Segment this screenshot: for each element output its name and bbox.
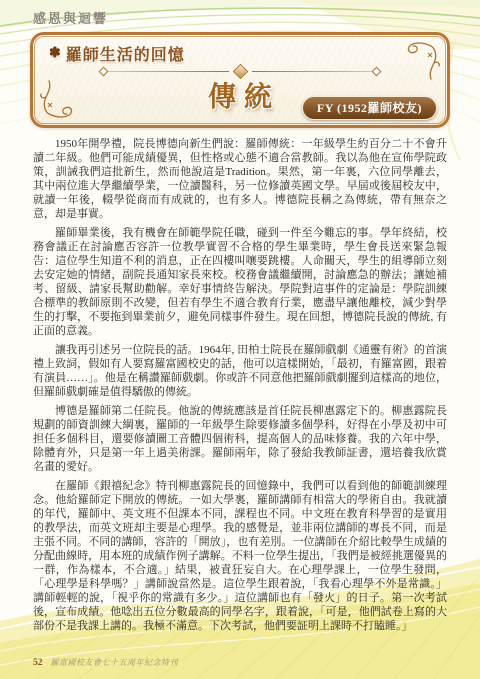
article-paragraph: 羅師畢業後，我有機會在師範學院任職，碰到一件至今難忘的事。學年終結，校務會議正在…: [33, 226, 447, 338]
article-paragraph: 1950年開學禮，院長博德向新生們說：羅師傳統：一年級學生約百分二十不會升讀二年…: [33, 137, 447, 221]
author-badge: FY (1952羅師校友): [302, 96, 437, 120]
publication-title: 羅富國校友會七十五周年紀念特刊: [51, 657, 179, 668]
page-number: 52: [33, 658, 43, 668]
page-header-label: 感恩與迴響: [33, 8, 108, 27]
asterisk-icon: ✽: [49, 45, 62, 62]
article-paragraph: 在羅師《銀禧紀念》特刊柳惠露院長的回憶錄中，我們可以看到他的師範訓練理念。他給羅…: [33, 479, 447, 633]
article-header-box: ✽ 羅師生活的回憶 傳統 FY (1952羅師校友): [30, 32, 450, 128]
series-title-label: 羅師生活的回憶: [66, 42, 185, 65]
divider-line: [107, 71, 229, 73]
series-title: ✽ 羅師生活的回憶: [49, 42, 185, 65]
article-body: 1950年開學禮，院長博德向新生們說：羅師傳統：一年級學生約百分二十不會升讀二年…: [33, 137, 447, 638]
page-footer: 52 羅富國校友會七十五周年紀念特刊: [33, 657, 178, 668]
article-paragraph: 博德是羅師第二任院長。他說的傳統應該是首任院長柳惠露定下的。柳惠露院長規劃的師資…: [33, 404, 447, 474]
article-paragraph: 讓我再引述另一位院長的話。1964年, 田柏士院長在羅師戲劇《通靈有術》的首演禮…: [33, 343, 447, 399]
divider-line: [252, 71, 374, 73]
